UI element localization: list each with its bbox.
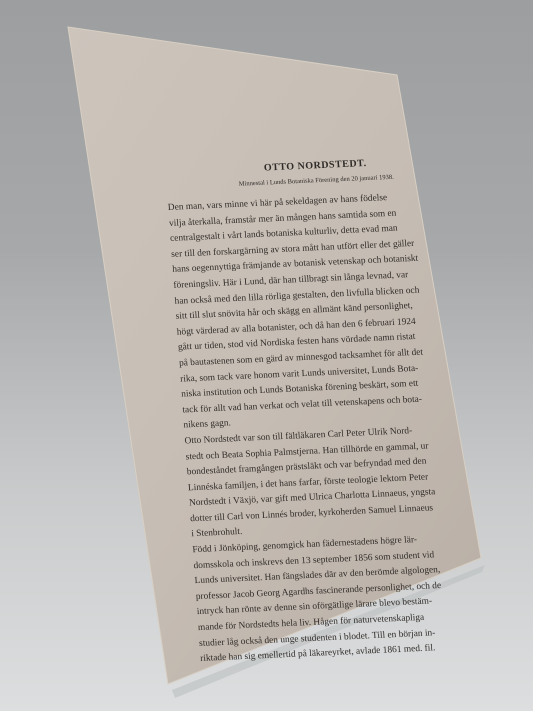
paragraph: Den man, vars minne vi här på sekeldagen… xyxy=(147,188,463,435)
document-text: OTTO NORDSTEDT. Minnestal i Lunds Botani… xyxy=(145,154,481,668)
paragraph: Född i Jönköping, genomgick han fädernes… xyxy=(172,531,481,669)
document-body: Den man, vars minne vi här på sekeldagen… xyxy=(147,188,480,668)
paragraph: Otto Nordstedt var son till fältläkaren … xyxy=(164,422,471,545)
